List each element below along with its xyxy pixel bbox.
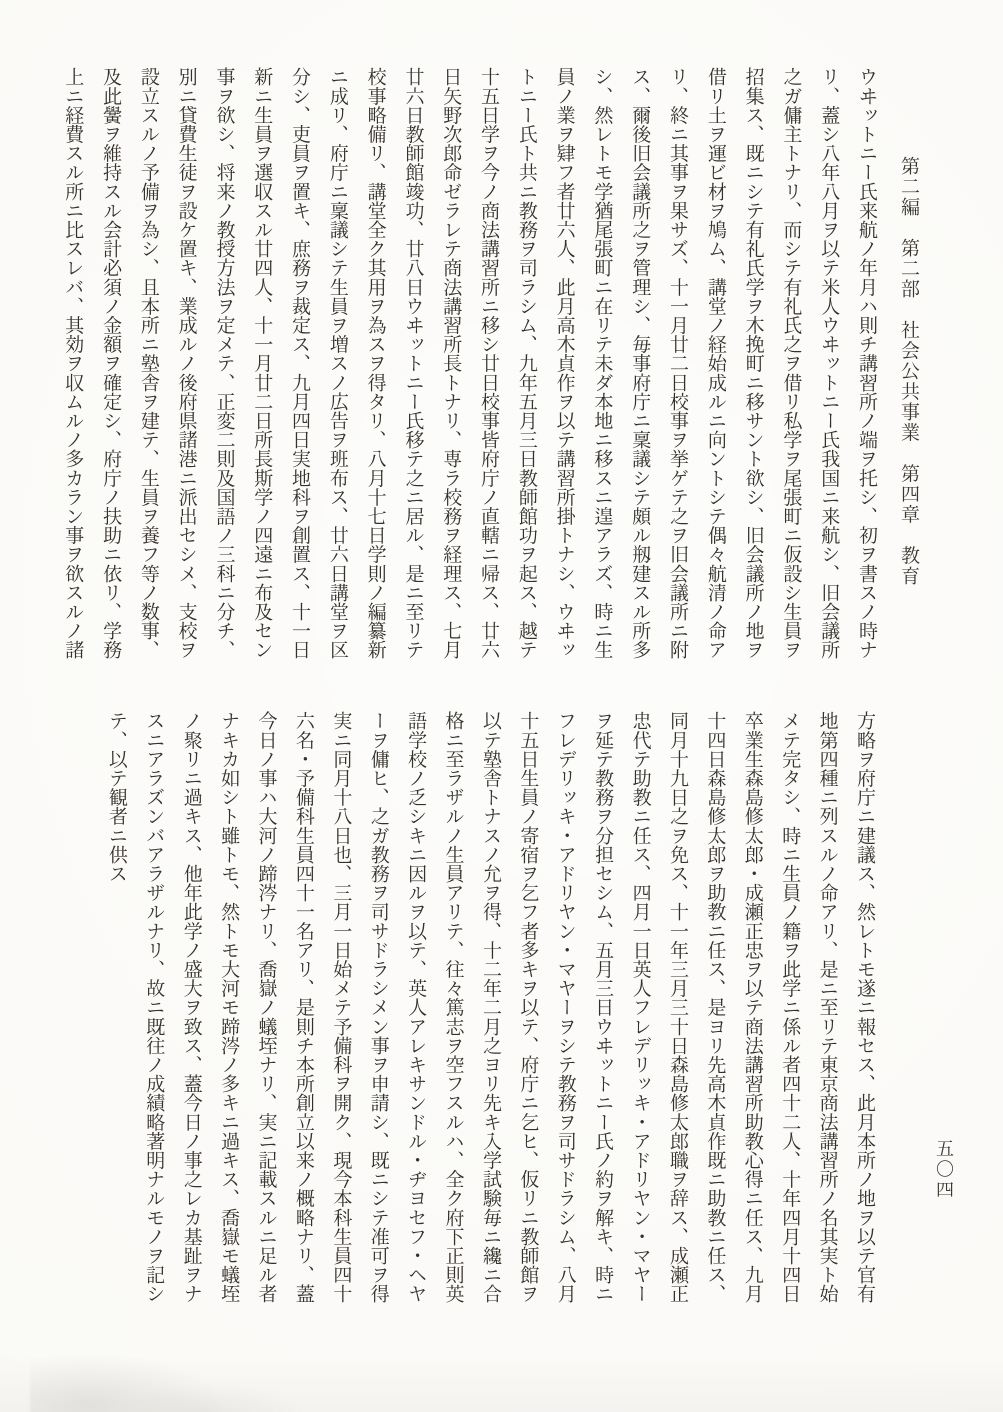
- text-line: 招集ス、既ニシテ有礼氏学ヲ木挽町ニ移サント欲シ、旧会議所ノ地ヲ: [734, 67, 772, 669]
- text-line: 六名・予備科生員四十一名アリ、是則チ本所創立以来ノ概略ナリ、蓋: [285, 711, 322, 1307]
- text-line: ーヲ傭ヒ、之ガ教務ヲ司サドラシメン事ヲ申請シ、既ニシテ准可ヲ得: [359, 711, 396, 1307]
- text-line: 校事略備リ、講堂全ク其用ヲ為スヲ得タリ、八月十七日学則ノ編纂新: [356, 67, 394, 669]
- text-line: 格ニ至ラザルノ生員アリテ、往々篤志ヲ空フスルハ、全ク府下正則英: [434, 711, 471, 1307]
- text-line: リ、蓋シ八年八月ヲ以テ米人ウヰットニー氏我国ニ来航シ、旧会議所: [809, 67, 847, 669]
- text-line: 同月十九日之ヲ免ス、十一年三月三十日森島修太郎職ヲ辞ス、成瀬正: [659, 711, 696, 1307]
- book-page: 第二編 第二部 社会公共事業 第四章 教育 ウヰットニー氏来航ノ年月ハ則チ講習所…: [0, 0, 1003, 1412]
- text-line: メテ完タシ、時ニ生員ノ籍ヲ此学ニ係ル者四十二人、十年四月十四日: [771, 711, 808, 1307]
- text-line: ス、爾後旧会議所之ヲ管理シ、毎事府庁ニ稟議シテ頗ル剏建スル所多: [620, 67, 658, 669]
- text-line: 地第四種ニ列スルノ命アリ、是ニ至リテ東京商法講習所ノ名其実ト始: [808, 711, 845, 1307]
- text-line: 事ヲ欲シ、将来ノ教授方法ヲ定メテ、正変二則及国語ノ三科ニ分チ、: [205, 67, 243, 669]
- text-line: ナキカ如シト雖トモ、然トモ大河モ蹄涔ノ多キニ過キス、喬嶽モ蟻垤: [210, 711, 247, 1307]
- text-line: 借リ土ヲ運ビ材ヲ鳩ム、講堂ノ経始成ルニ向ントシテ偶々航清ノ命ア: [696, 67, 734, 669]
- text-line: 十五日学ヲ今ノ商法講習所ニ移シ廿日校事皆府庁ノ直轄ニ帰ス、廿六: [469, 67, 507, 669]
- text-line: シ、然レトモ学猶尾張町ニ在リテ未ダ本地ニ移スニ遑アラズ、時ニ生: [583, 67, 621, 669]
- text-line: 新ニ生員ヲ選収スル廿四人、十一月廿二日所長斯学ノ四遠ニ布及セン: [242, 67, 280, 669]
- text-line: フレデリッキ・アドリヤン・マヤーヲシテ教務ヲ司サドラシム、八月: [546, 711, 583, 1307]
- text-line: 実ニ同月十八日也、三月一日始メテ予備科ヲ開ク、現今本科生員四十: [322, 711, 359, 1307]
- text-line: 語学校ノ乏シキニ因ルヲ以テ、英人アレキサンドル・ヂヨセフ・ヘヤ: [397, 711, 434, 1307]
- text-line: 卒業生森島修太郎・成瀬正忠ヲ以テ商法講習所助教心得ニ任ス、九月: [733, 711, 770, 1307]
- text-line: 方略ヲ府庁ニ建議ス、然レトモ遂ニ報セス、此月本所ノ地ヲ以テ官有: [846, 711, 883, 1307]
- text-line: 今日ノ事ハ大河ノ蹄涔ナリ、喬嶽ノ蟻垤ナリ、実ニ記載スルニ足ル者: [247, 711, 284, 1307]
- text-line: テ、以テ観者ニ供ス: [97, 711, 134, 1307]
- text-line: スニアラズンバアラザルナリ、故ニ既往ノ成績略著明ナルモノヲ記シ: [135, 711, 172, 1307]
- text-line: 以テ塾舎トナスノ允ヲ得、十二年二月之ヨリ先キ入学試験毎ニ纔ニ合: [472, 711, 509, 1307]
- text-line: 十五日生員ノ寄宿ヲ乞フ者多キヲ以テ、府庁ニ乞ヒ、仮リニ教師館ヲ: [509, 711, 546, 1307]
- page-number: 五〇四: [931, 1139, 957, 1201]
- text-line: 設立スルノ予備ヲ為シ、且本所ニ塾舎ヲ建テ、生員ヲ養フ等ノ数事、: [129, 67, 167, 669]
- text-line: 十四日森島修太郎ヲ助教ニ任ス、是ヨリ先高木貞作既ニ助教ニ任ス、: [696, 711, 733, 1307]
- text-line: ヲ延テ教務ヲ分担セシム、五月三日ウヰットニー氏ノ約ヲ解キ、時ニ: [584, 711, 621, 1307]
- text-line: 別ニ貸費生徒ヲ設ケ置キ、業成ルノ後府県諸港ニ派出セシメ、支校ヲ: [167, 67, 205, 669]
- text-line: 分シ、吏員ヲ置キ、庶務ヲ裁定ス、九月四日実地科ヲ創置ス、十一日: [280, 67, 318, 669]
- text-line: トニー氏ト共ニ教務ヲ司ラシム、九年五月三日教師館功ヲ起ス、越テ: [507, 67, 545, 669]
- text-line: 廿六日教師館竣功、廿八日ウヰットニー氏移テ之ニ居ル、是ニ至リテ: [394, 67, 432, 669]
- text-line: 之ガ傭主トナリ、而シテ有礼氏之ヲ借リ私学ヲ尾張町ニ仮設シ生員ヲ: [772, 67, 810, 669]
- text-block-lower: 方略ヲ府庁ニ建議ス、然レトモ遂ニ報セス、此月本所ノ地ヲ以テ官有地第四種ニ列スルノ…: [97, 711, 883, 1307]
- text-line: 及此黌ヲ維持スル会計必須ノ金額ヲ確定シ、府庁ノ扶助ニ依リ、学務: [91, 67, 129, 669]
- text-line: リ、終ニ其事ヲ果サズ、十一月廿二日校事ヲ挙ゲテ之ヲ旧会議所ニ附: [658, 67, 696, 669]
- text-line: 員ノ業ヲ肄フ者廿六人、此月高木貞作ヲ以テ講習所掛トナシ、ウヰッ: [545, 67, 583, 669]
- text-block-upper: ウヰットニー氏来航ノ年月ハ則チ講習所ノ端ヲ托シ、初ヲ書スノ時ナリ、蓋シ八年八月ヲ…: [53, 67, 885, 669]
- text-line: ノ聚リニ過キス、他年此学ノ盛大ヲ致ス、蓋今日ノ事之レカ基趾ヲナ: [172, 711, 209, 1307]
- text-line: ウヰットニー氏来航ノ年月ハ則チ講習所ノ端ヲ托シ、初ヲ書スノ時ナ: [847, 67, 885, 669]
- scan-artifact: [30, 1328, 360, 1412]
- running-head: 第二編 第二部 社会公共事業 第四章 教育: [895, 156, 922, 587]
- text-line: 日矢野次郎命ゼラレテ商法講習所長トナリ、専ラ校務ヲ経理ス、七月: [431, 67, 469, 669]
- text-line: 忠代テ助教ニ任ス、四月一日英人フレデリッキ・アドリヤン・マヤー: [621, 711, 658, 1307]
- text-line: 上ニ経費スル所ニ比スレバ、其効ヲ収ムルノ多カラン事ヲ欲スルノ諸: [53, 67, 91, 669]
- text-line: ニ成リ、府庁ニ稟議シテ生員ヲ増スノ広告ヲ班布ス、廿六日講堂ヲ区: [318, 67, 356, 669]
